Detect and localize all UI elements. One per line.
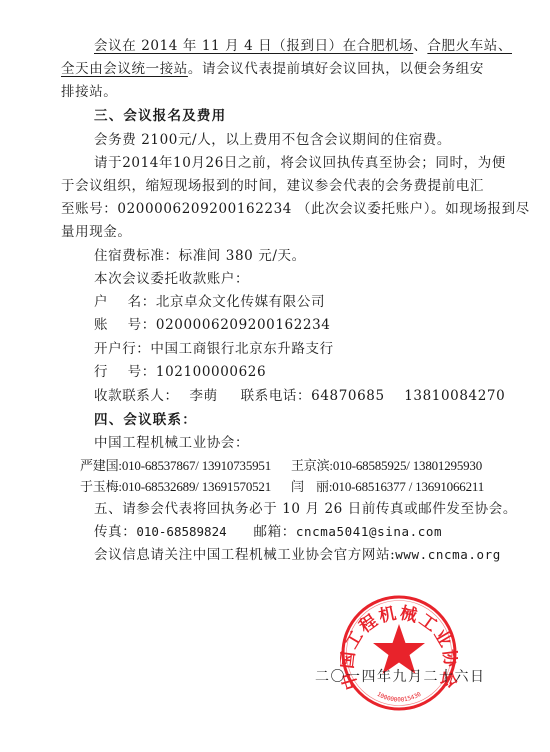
payee-contact-name: 李萌: [190, 388, 218, 404]
account-name-row: 户 名：北京卓众文化传媒有限公司: [94, 293, 325, 311]
document-page: 会议在 2014 年 11 月 4 日（报到日）在合肥机场、合肥火车站、 全天由…: [0, 0, 550, 752]
contact-row: 严建国:010-68537867/ 13910735951: [80, 457, 271, 475]
email-link[interactable]: cncma5041@sina.com: [296, 524, 442, 539]
deadline-line-1: 请于2014年10月26日之前，将会议回执传真至协会；同时，为便: [94, 154, 506, 172]
pickup-line-2: 全天由会议统一接站。请会议代表提前填好会议回执，以便会务组安: [61, 60, 484, 78]
contact-name: 王京滨: [291, 458, 329, 473]
bank-code-label: 行 号：: [94, 364, 156, 380]
association-name: 中国工程机械工业协会：: [94, 434, 249, 452]
website-row: 会议信息请关注中国工程机械工业协会官方网站:www.cncma.org: [94, 546, 501, 564]
pickup-separator: 、: [413, 38, 427, 54]
account-title: 本次会议委托收款账户：: [94, 270, 249, 288]
bank-code-row: 行 号：102100000626: [94, 363, 266, 381]
contact-phone: 010-68585925/ 13801295930: [333, 458, 482, 473]
section-4-heading: 四、会议联系：: [94, 411, 197, 429]
contact-row: 闫 丽:010-68516377 / 13691066211: [291, 478, 484, 496]
seal-number: 1000000015430: [376, 691, 423, 704]
pickup-text-underlined-b: 合肥火车站、: [427, 38, 512, 54]
bank-row: 开户行：中国工商银行北京东升路支行: [94, 340, 334, 358]
deadline-line-2: 于会议组织，缩短现场报到的时间，建议参会代表的会务费提前电汇: [61, 177, 484, 195]
svg-text:1000000015430: 1000000015430: [376, 691, 423, 704]
bank-code-value: 102100000626: [156, 364, 266, 380]
payee-phone-value: 64870685 13810084270: [311, 388, 505, 404]
pickup-text-underlined-c: 全天由会议统一接站: [61, 61, 188, 77]
website-link[interactable]: www.cncma.org: [395, 547, 501, 562]
payee-contact-label: 收款联系人：: [94, 388, 179, 404]
contact-phone: 010-68532689/ 13691570521: [122, 479, 271, 494]
section-3-heading: 三、会议报名及费用: [94, 107, 226, 125]
contact-phone: 010-68516377 / 13691066211: [332, 479, 484, 494]
contact-row: 于玉梅:010-68532689/ 13691570521: [80, 478, 271, 496]
bank-value: 中国工商银行北京东升路支行: [150, 341, 333, 357]
fax-email-row: 传真：010-68589824 邮箱：cncma5041@sina.com: [94, 523, 442, 541]
signature-date: 二〇一四年九月二十六日: [315, 666, 486, 686]
contact-name: 严建国: [80, 458, 118, 473]
fax-label: 传真：: [94, 524, 136, 540]
fax-value: 010-68589824: [136, 524, 226, 539]
official-seal-icon: 中国工程机械工业协会 1000000015430: [340, 594, 458, 712]
account-number-value: 0200006209200162234: [156, 317, 331, 333]
account-name-value: 北京卓众文化传媒有限公司: [156, 294, 325, 310]
section-5-text: 五、请参会代表将回执务必于 10 月 26 日前传真或邮件发至协会。: [94, 500, 517, 518]
pickup-text-underlined-a: 会议在 2014 年 11 月 4 日（报到日）在合肥机场: [94, 38, 413, 54]
account-number-row: 账 号：0200006209200162234: [94, 316, 330, 334]
contact-name: 于玉梅: [80, 479, 118, 494]
pickup-text-plain: 。请会议代表提前填好会议回执，以便会务组安: [188, 61, 484, 77]
account-number-label: 账 号：: [94, 317, 156, 333]
account-name-label: 户 名：: [94, 294, 156, 310]
deadline-line-3: 至账号：0200006209200162234 （此次会议委托账户）。如现场报到…: [61, 200, 530, 218]
bank-label: 开户行：: [94, 341, 150, 357]
website-text: 会议信息请关注中国工程机械工业协会官方网站:: [94, 547, 395, 563]
lodging-text: 住宿费标准：标准间 380 元/天。: [94, 247, 306, 265]
deadline-line-4: 量用现金。: [61, 223, 132, 241]
payee-contact-row: 收款联系人： 李萌 联系电话：64870685 13810084270: [94, 387, 505, 405]
pickup-line-1: 会议在 2014 年 11 月 4 日（报到日）在合肥机场、合肥火车站、: [94, 37, 512, 55]
pickup-line-3: 排接站。: [61, 83, 117, 101]
contact-phone: 010-68537867/ 13910735951: [122, 458, 271, 473]
email-label: 邮箱：: [254, 524, 296, 540]
contact-name: 闫 丽: [291, 479, 329, 494]
fee-text: 会务费 2100元/人，以上费用不包含会议期间的住宿费。: [94, 131, 451, 149]
contact-row: 王京滨:010-68585925/ 13801295930: [291, 457, 482, 475]
payee-phone-label: 联系电话：: [241, 388, 312, 404]
